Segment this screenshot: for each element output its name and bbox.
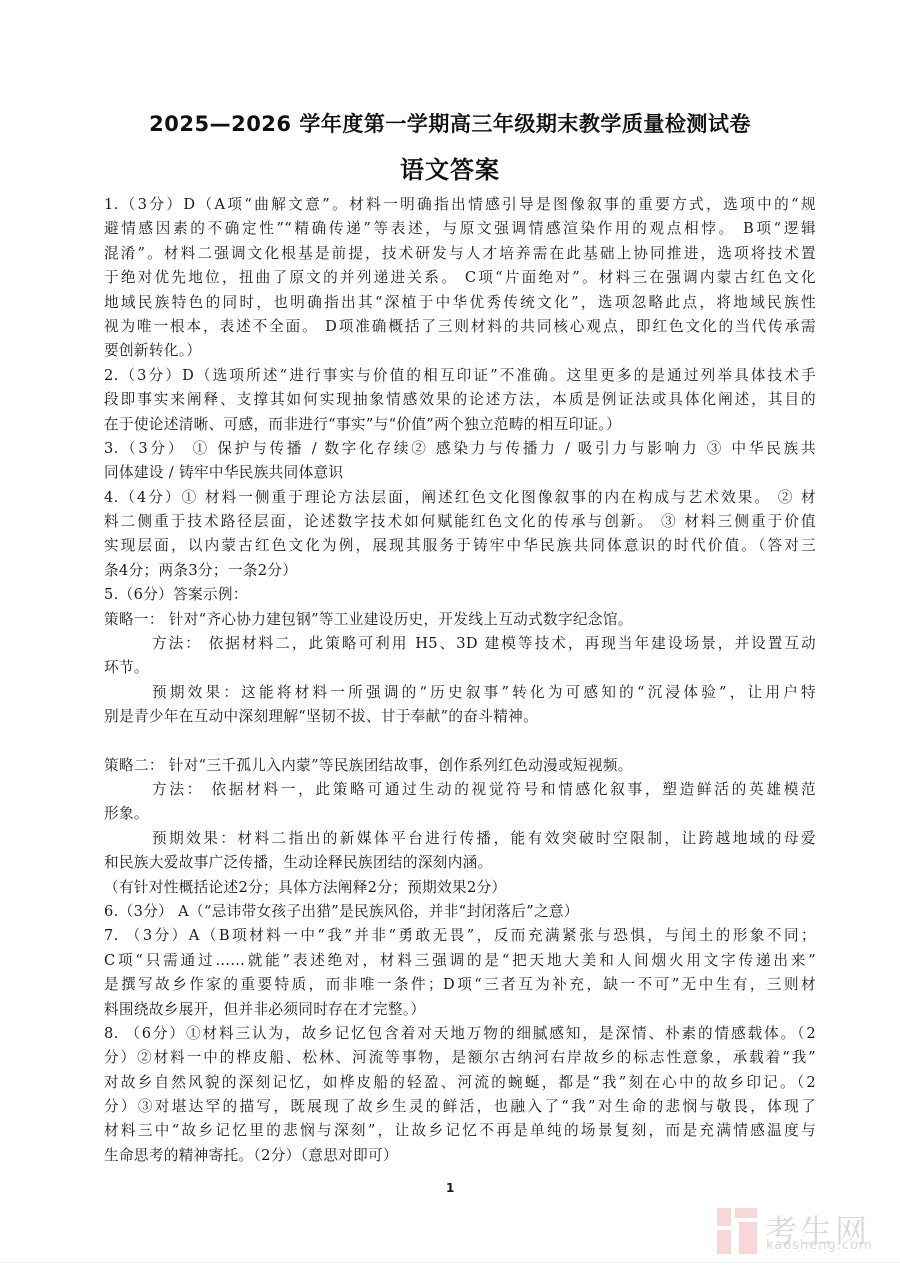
answer-line-q4: 4.（4分）① 材料一侧重于理论方法层面，阐述红色文化图像叙事的内在构成与艺术效… (104, 486, 816, 510)
page-bottom-edge (0, 1262, 900, 1263)
kaosheng-watermark: 考生网 kaosheng.com (717, 1208, 900, 1258)
strategy-one-method: 方法： 依据材料二，此策略可利用 H5、3D 建模等技术，再现当年建设场景，并设… (104, 632, 816, 656)
answer-line: 生命思考的精神寄托。（2分）（意思对即可） (104, 1144, 816, 1168)
answer-line: 分）③对堪达罕的描写，既展现了故乡生灵的鲜活，也融入了“我”对生命的悲悯与敬畏，… (104, 1095, 816, 1119)
document-title: 2025—2026 学年度第一学期高三年级期末教学质量检测试卷 (0, 108, 900, 138)
strategy-one-effect: 预期效果：这能将材料一所强调的“历史叙事”转化为可感知的“沉浸体验”，让用户特 (104, 681, 816, 705)
answer-line: 条4分；两条3分；一条2分） (104, 559, 816, 583)
answer-line: 同体建设 / 铸牢中华民族共同体意识 (104, 461, 816, 485)
answer-line: 材料三中“故乡记忆里的悲悯与深刻”，让故乡记忆不再是单纯的场景复刻，而是充满情感… (104, 1119, 816, 1143)
answer-line: 分）②材料一中的桦皮船、松林、河流等事物，是额尔古纳河右岸故乡的标志性意象，承载… (104, 1046, 816, 1070)
strategy-two-method: 方法： 依据材料一，此策略可通过生动的视觉符号和情感化叙事，塑造鲜活的英雄模范 (104, 778, 816, 802)
answer-line: 避情感因素的不确定性”“精确传递”等表述，与原文强调情感渲染作用的观点相悖。 B… (104, 217, 816, 241)
answer-line-q5: 5.（6分）答案示例： (104, 583, 816, 607)
answer-line: 在于使论述清晰、可感，而非进行“事实”与“价值”两个独立范畴的相互印证。） (104, 413, 816, 437)
answer-line: 料围绕故乡展开，但并非必须同时存在才完整。） (104, 998, 816, 1022)
answer-line: 料二侧重于技术路径层面，论述数字技术如何赋能红色文化的传承与创新。 ③ 材料三侧… (104, 510, 816, 534)
document-subtitle: 语文答案 (0, 150, 900, 185)
answer-body: 1.（3分）D（A项“曲解文意”。材料一明确指出情感引导是图像叙事的重要方式，选… (104, 193, 816, 1168)
answer-line: 别是青少年在互动中深刻理解“坚韧不拔、甘于奉献”的奋斗精神。 (104, 705, 816, 729)
answer-line: 要创新转化。） (104, 339, 816, 363)
answer-line: 形象。 (104, 802, 816, 826)
answer-line-q7: 7. （3分）A（B项材料一中“我”并非“勇敢无畏”，反而充满紧张与恐惧，与闰土… (104, 924, 816, 948)
answer-line: 和民族大爱故事广泛传播，生动诠释民族团结的深刻内涵。 (104, 851, 816, 875)
answer-line: 对故乡自然风貌的深刻记忆，如桦皮船的轻盈、河流的蜿蜒，都是“我”刻在心中的故乡印… (104, 1071, 816, 1095)
page-number: 1 (446, 1181, 454, 1195)
answer-line: 于绝对优先地位，扭曲了原文的并列递进关系。 C项“片面绝对”。材料三在强调内蒙古… (104, 266, 816, 290)
scoring-note-q5: （有针对性概括论述2分；具体方法阐释2分；预期效果2分） (104, 876, 816, 900)
answer-sheet-page: 2025—2026 学年度第一学期高三年级期末教学质量检测试卷 语文答案 1.（… (0, 0, 900, 1273)
strategy-two: 策略二： 针对“三千孤儿入内蒙”等民族团结故事，创作系列红色动漫或短视频。 (104, 754, 816, 778)
answer-line: 混淆”。材料二强调文化根基是前提，技术研发与人才培养需在此基础上协同推进，选项将… (104, 242, 816, 266)
answer-line: 是撰写故乡作家的重要特质，而非唯一条件；D项“三者互为补充，缺一不可”无中生有，… (104, 973, 816, 997)
answer-line-q1: 1.（3分）D（A项“曲解文意”。材料一明确指出情感引导是图像叙事的重要方式，选… (104, 193, 816, 217)
answer-line-q8: 8. （6分）①材料三认为，故乡记忆包含着对天地万物的细腻感知，是深情、朴素的情… (104, 1022, 816, 1046)
answer-line: 环节。 (104, 656, 816, 680)
watermark-url: kaosheng.com (766, 1238, 873, 1253)
answer-line-q6: 6.（3分） A（“忌讳带女孩子出猎”是民族风俗，并非“封闭落后”之意） (104, 900, 816, 924)
answer-line-q3: 3.（3分） ① 保护与传播 / 数字化存续② 感染力与传播力 / 吸引力与影响… (104, 437, 816, 461)
answer-line: 视为唯一根本，表述不全面。 D项准确概括了三则材料的共同核心观点，即红色文化的当… (104, 315, 816, 339)
answer-line: 实现层面，以内蒙古红色文化为例，展现其服务于铸牢中华民族共同体意识的时代价值。（… (104, 534, 816, 558)
answer-line-q2: 2.（3分）D（选项所述“进行事实与价值的相互印证”不准确。这里更多的是通过列举… (104, 364, 816, 388)
answer-line: 地域民族特色的同时，也明确指出其“深植于中华优秀传统文化”，选项忽略此点，将地域… (104, 291, 816, 315)
answer-line: 段即事实来阐释、支撑其如何实现抽象情感效果的论述方法，本质是例证法或具体化阐述，… (104, 388, 816, 412)
answer-line: C项“只需通过……就能”表述绝对，材料三强调的是“把天地大美和人间烟火用文字传递… (104, 949, 816, 973)
strategy-one: 策略一： 针对“齐心协力建包钢”等工业建设历史，开发线上互动式数字纪念馆。 (104, 608, 816, 632)
kaosheng-logo-icon (717, 1208, 757, 1254)
strategy-two-effect: 预期效果：材料二指出的新媒体平台进行传播，能有效突破时空限制，让跨越地域的母爱 (104, 827, 816, 851)
